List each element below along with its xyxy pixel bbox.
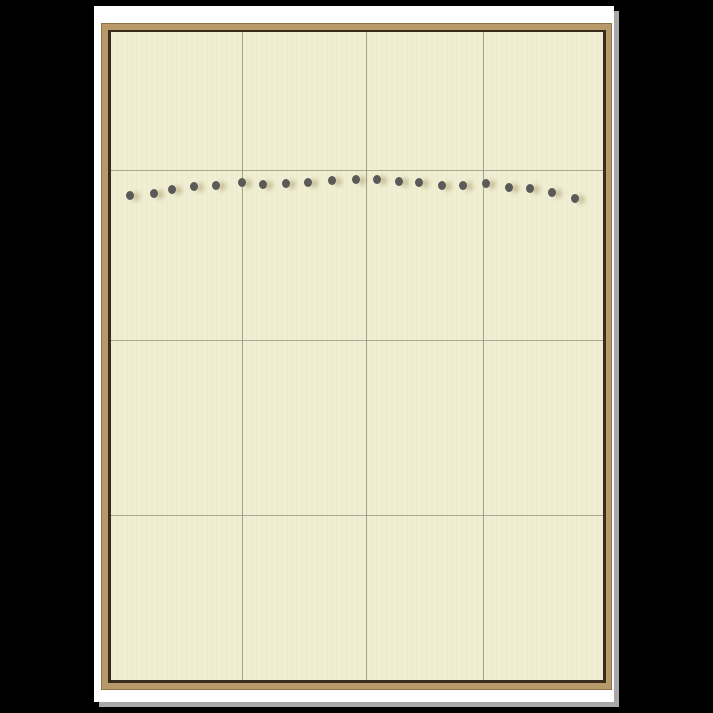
nail-head (282, 179, 290, 188)
nail-head (548, 188, 556, 197)
nail-head (352, 175, 360, 184)
nail-head (126, 191, 134, 200)
nail-head (459, 181, 467, 190)
nail-head (168, 185, 176, 194)
nail-head (150, 189, 158, 198)
nail-head (438, 181, 446, 190)
nail-head (238, 178, 246, 187)
nail-head (190, 182, 198, 191)
nail-head (259, 180, 267, 189)
nail-head (415, 178, 423, 187)
nail-head (373, 175, 381, 184)
painted-canvas (111, 32, 603, 680)
nail-head (526, 184, 534, 193)
grid-line-vertical (483, 32, 484, 680)
nail-head (505, 183, 513, 192)
grid-line-horizontal (111, 515, 603, 516)
grid-line-vertical (242, 32, 243, 680)
nail-head (571, 194, 579, 203)
nail-head (304, 178, 312, 187)
nail-seam-line (111, 170, 603, 171)
grid-line-horizontal (111, 340, 603, 341)
wooden-frame (101, 23, 612, 690)
nail-head (328, 176, 336, 185)
nail-head (212, 181, 220, 190)
nail-head (395, 177, 403, 186)
nail-head (482, 179, 490, 188)
grid-line-vertical (366, 32, 367, 680)
